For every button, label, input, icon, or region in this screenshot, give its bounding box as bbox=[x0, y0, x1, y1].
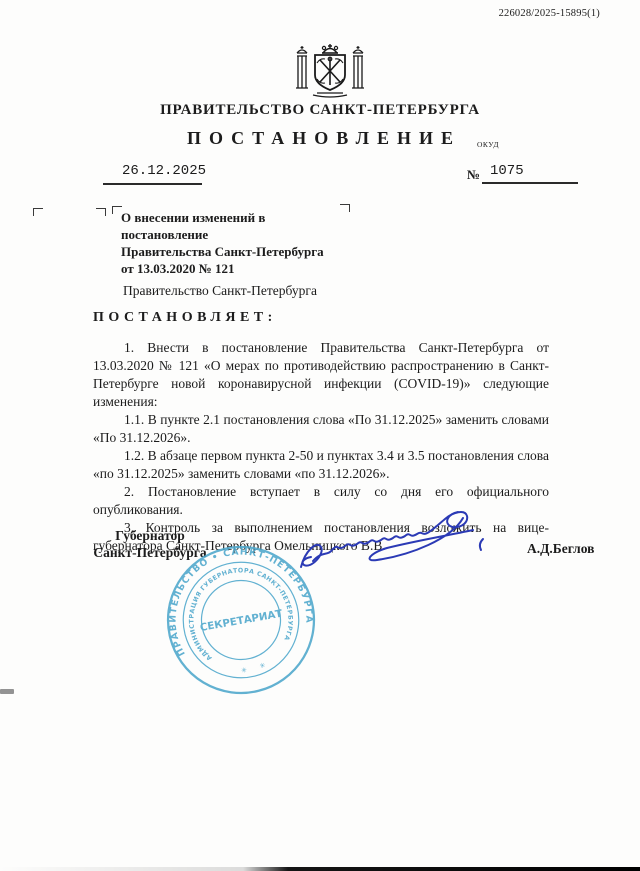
doc-title-line: Правительства Санкт-Петербурга bbox=[121, 243, 347, 260]
doc-title-line: от 13.03.2020 № 121 bbox=[121, 260, 347, 277]
number-sign: № bbox=[467, 167, 480, 183]
corner-mark bbox=[33, 208, 43, 216]
corner-mark bbox=[96, 208, 106, 216]
resolves-heading: ПОСТАНОВЛЯЕТ: bbox=[93, 310, 277, 326]
doc-number: 1075 bbox=[490, 163, 524, 179]
doc-type-title: ПОСТАНОВЛЕНИЕ bbox=[0, 128, 640, 149]
coat-of-arms-icon bbox=[287, 40, 373, 98]
stamp-asterisk: ✳ bbox=[240, 666, 248, 675]
document-page: 226028/2025-15895(1) ПРАВИТЕЛЬСТВО САНКТ… bbox=[0, 0, 640, 871]
signer-title-line: Губернатор bbox=[93, 527, 207, 544]
doc-title: О внесении изменений в постановление Пра… bbox=[121, 209, 347, 277]
org-name: ПРАВИТЕЛЬСТВО САНКТ-ПЕТЕРБУРГА bbox=[0, 102, 640, 119]
paragraph: 1.1. В пункте 2.1 постановления слова «П… bbox=[93, 411, 549, 447]
paragraph: 1.2. В абзаце первом пункта 2-50 и пункт… bbox=[93, 447, 549, 483]
registration-number: 226028/2025-15895(1) bbox=[499, 8, 600, 19]
doc-date: 26.12.2025 bbox=[122, 163, 206, 179]
signer-name: А.Д.Беглов bbox=[527, 541, 594, 557]
okud-label: ОКУД bbox=[477, 140, 499, 149]
doc-title-line: О внесении изменений в постановление bbox=[121, 209, 347, 243]
signature-ink bbox=[293, 503, 491, 581]
scan-edge bbox=[0, 867, 640, 871]
paragraph: 1. Внести в постановление Правительства … bbox=[93, 339, 549, 411]
scan-artifact bbox=[0, 689, 14, 694]
number-underline bbox=[482, 182, 578, 184]
stamp-center-text: СЕКРЕТАРИАТ bbox=[199, 608, 283, 634]
preamble: Правительство Санкт-Петербурга bbox=[123, 283, 317, 299]
date-underline bbox=[103, 183, 202, 185]
stamp-asterisk: ✳ bbox=[259, 661, 267, 670]
